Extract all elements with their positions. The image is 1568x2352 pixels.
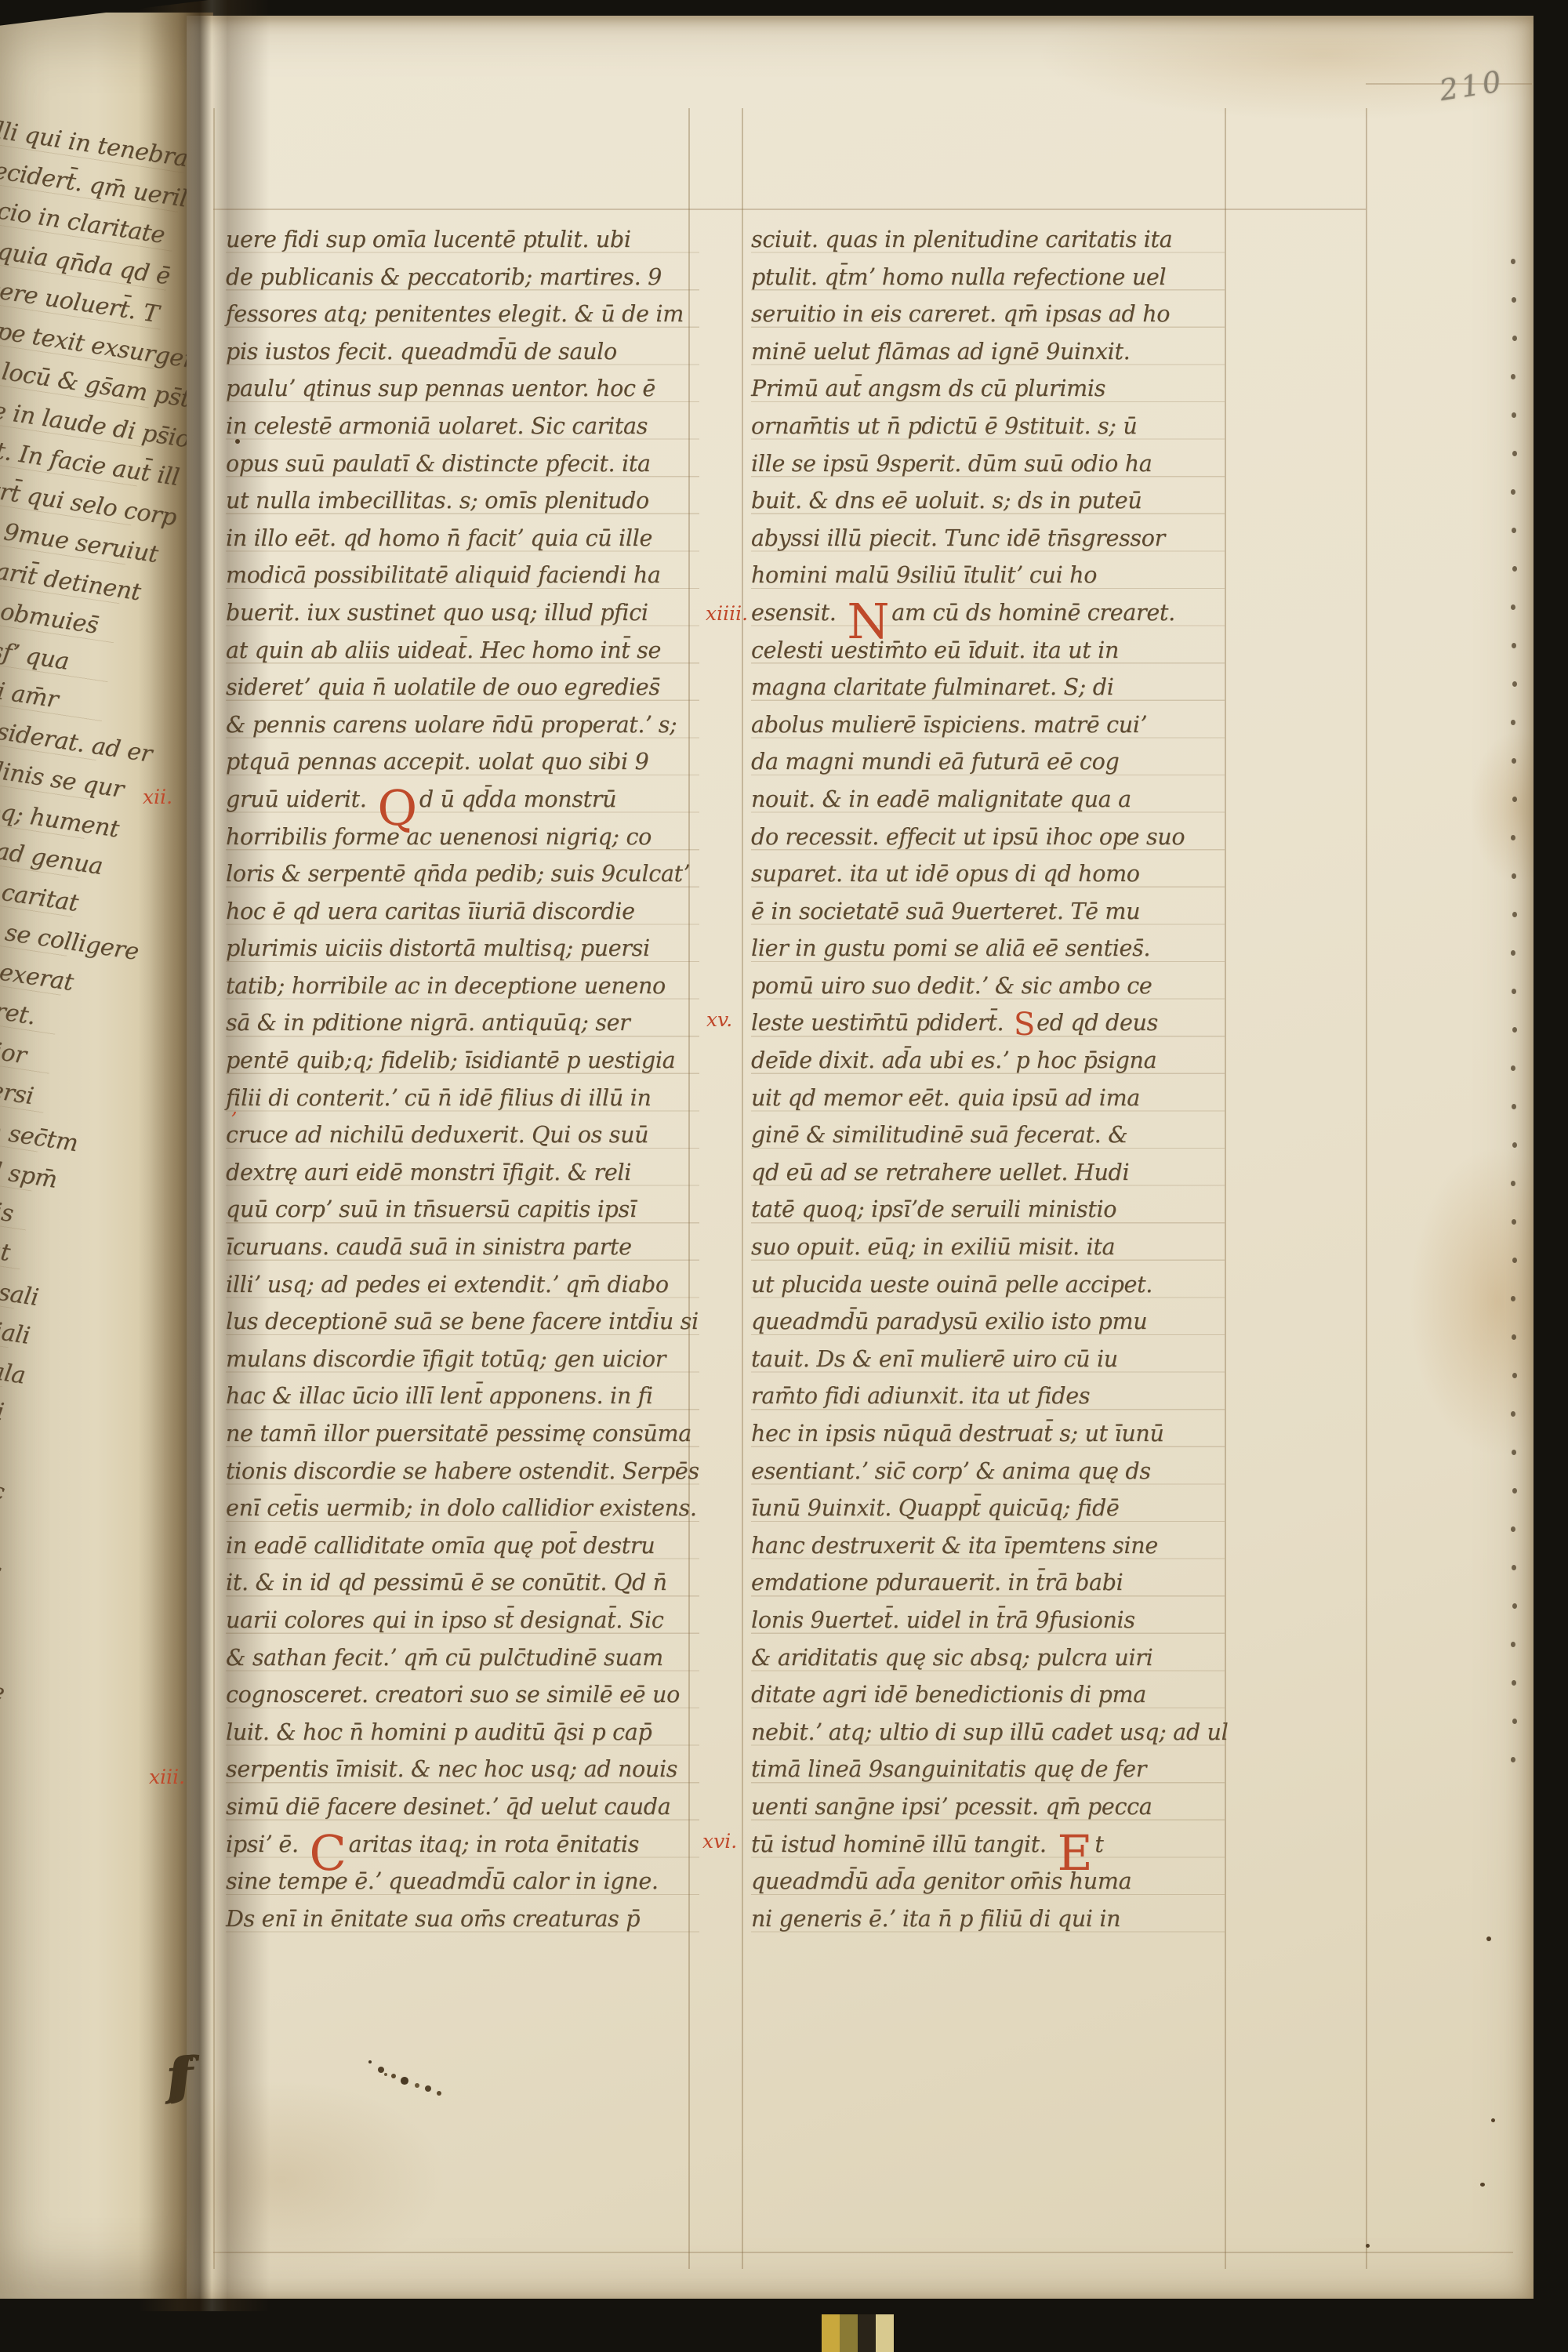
chapter-number-marginal: ,: [231, 1096, 238, 1119]
manuscript-line: da magni mundi eā futurā eē cog: [751, 743, 1225, 781]
pricking-hole: [1511, 1526, 1515, 1532]
manuscript-line: pis iustos fecit. queadmd̄ū de saulo: [226, 333, 699, 371]
manuscript-line: pomū uiro suo dedit.ʼ & sic ambo ce: [751, 967, 1225, 1005]
pricking-hole: [1512, 1565, 1516, 1570]
chapter-number-marginal: xiiii.: [706, 602, 748, 625]
manuscript-line: fessores atq; penitentes elegit. & ū de …: [226, 296, 699, 333]
manuscript-line: ram̄to fidi adiunxit. ita ut fides: [751, 1377, 1225, 1415]
manuscript-line: loris & serpentē qn̄da pedib; suis 9culc…: [226, 855, 699, 893]
manuscript-line: gruū uiderit. Qd ū qd̄da monstrū: [226, 781, 699, 818]
manuscript-line: hac & illac ūcio illī lent̄ apponens. in…: [226, 1377, 699, 1415]
pricking-hole: [1511, 720, 1515, 725]
pricking-hole: [1512, 566, 1517, 572]
ruling-horizontal-line: [213, 2252, 1513, 2253]
manuscript-line: tatib; horribile ac in deceptione ueneno: [226, 967, 699, 1005]
manuscript-line: queadmd̄ū ad̄a genitor om̄is huma: [751, 1863, 1225, 1900]
manuscript-line: cruce ad nichilū deduxerit. Qui os suū: [226, 1116, 699, 1154]
pricking-hole: [1512, 758, 1516, 764]
pricking-hole: [1512, 1142, 1517, 1148]
pricking-hole: [1512, 1719, 1517, 1724]
ruling-vertical-line: [742, 108, 743, 2269]
pricking-hole: [1512, 451, 1517, 456]
pricking-hole: [1512, 297, 1516, 303]
manuscript-line: ornam̄tis ut n̄ pdictū ē 9stituit. s; ū: [751, 408, 1225, 445]
pricking-hole: [1512, 1104, 1516, 1109]
manuscript-line: ut nulla imbecillitas. s; omīs plenitudo: [226, 482, 699, 520]
manuscript-line: queadmd̄ū paradysū exilio isto pmu: [751, 1303, 1225, 1341]
chapter-number-marginal: xii.: [143, 786, 172, 808]
manuscript-line: lus deceptionē suā se bene facere intd̄i…: [226, 1303, 699, 1341]
ruling-horizontal-line: [213, 209, 1366, 210]
text-column-right: sciuit. quas in plenitudine caritatis it…: [751, 221, 1225, 1937]
manuscript-line: quū corpʼ suū in tn̄suersū capitis ipsī: [226, 1191, 699, 1229]
manuscript-line: abolus mulierē īspiciens. matrē cuiʼ: [751, 706, 1225, 744]
pricking-hole: [1511, 1642, 1515, 1647]
pricking-hole: [1511, 1065, 1515, 1071]
manuscript-line: tauit. Ds & enī mulierē uiro cū iu: [751, 1341, 1225, 1378]
color-tab-swatch: [822, 2314, 840, 2352]
manuscript-line: abyssi illū piecit. Tunc idē tn̄sgressor: [751, 520, 1225, 557]
pricking-hole: [1512, 1219, 1516, 1225]
manuscript-line: mulans discordie īfigit totūq; gen uicio…: [226, 1341, 699, 1378]
manuscript-line: leste uestim̄tū pdidert̄. Sed qd deus: [751, 1004, 1225, 1042]
pricking-hole: [1512, 1334, 1516, 1340]
facing-page-edge: uā illi qui in tenebrasce cecidert̄. qm̄…: [0, 13, 213, 2299]
pricking-hole: [1512, 873, 1516, 879]
manuscript-line: deīde dixit. ad̄a ubi es.ʼ p hoc p̄signa: [751, 1042, 1225, 1080]
ruling-vertical-line: [213, 108, 215, 2269]
color-tab-swatch: [876, 2314, 894, 2352]
parchment-speck: [1480, 2183, 1485, 2187]
manuscript-line: simū diē facere desinet.ʼ q̄d uelut caud…: [226, 1788, 699, 1826]
manuscript-line: emdatione pdurauerit. in t̄rā babi: [751, 1564, 1225, 1602]
color-tab-swatch: [840, 2314, 858, 2352]
pricking-hole: [1512, 1603, 1517, 1609]
manuscript-line: celesti uestim̄to eū īduit. ita ut in: [751, 632, 1225, 670]
manuscript-line: nebit.ʼ atq; ultio di sup illū cadet usq…: [751, 1714, 1225, 1751]
manuscript-line: & ariditatis quę sic absq; pulcra uiri: [751, 1639, 1225, 1677]
manuscript-line: magna claritate fulminaret. S; di: [751, 669, 1225, 706]
manuscript-line: ē in societatē suā 9uerteret. Tē mu: [751, 893, 1225, 931]
manuscript-line: tū istud hominē illū tangit. Et: [751, 1826, 1225, 1864]
manuscript-line: uit qd memor eēt. quia ipsū ad ima: [751, 1080, 1225, 1117]
pricking-hole: [1512, 681, 1517, 687]
manuscript-line: Ds enī in ēnitate sua om̄s creaturas p̄: [226, 1900, 699, 1938]
manuscript-line: sciuit. quas in plenitudine caritatis it…: [751, 221, 1225, 259]
facing-page-text: uā illi qui in tenebrasce cecidert̄. qm̄…: [0, 105, 189, 1941]
manuscript-line: tatē quoq; ipsīʼde seruili ministio: [751, 1191, 1225, 1229]
manuscript-line: ni generis ē.ʼ ita n̄ p filiū di qui in: [751, 1900, 1225, 1938]
pricking-hole: [1512, 912, 1517, 917]
pricking-hole: [1512, 336, 1517, 341]
manuscript-line: plurimis uiciis distortā multisq; puersi: [226, 930, 699, 967]
manuscript-line: suo opuit. eūq; in exiliū misit. ita: [751, 1229, 1225, 1266]
manuscript-line: filii di conterit.ʼ cū n̄ idē filius di …: [226, 1080, 699, 1117]
manuscript-line: lonis 9uertet̄. uidel in t̄rā 9fusionis: [751, 1602, 1225, 1639]
manuscript-line: buerit. iux sustinet quo usq; illud pfic…: [226, 594, 699, 632]
manuscript-line: īunū 9uinxit. Quappt̄ quicūq; fidē: [751, 1490, 1225, 1527]
pricking-hole: [1511, 374, 1515, 379]
manuscript-line: uenti sanḡne ipsiʼ pcessit. qm̄ pecca: [751, 1788, 1225, 1826]
manuscript-line: minē uelut flāmas ad ignē 9uinxit.: [751, 333, 1225, 371]
manuscript-line: hec in ipsis nūquā destruat̄ s; ut īunū: [751, 1415, 1225, 1453]
pricking-hole: [1512, 643, 1516, 648]
text-column-left: uere fidi sup omīa lucentē ptulit. ubide…: [226, 221, 699, 1937]
pricking-hole: [1512, 989, 1516, 994]
manuscript-line: sā & in pditione nigrā. antiquūq; ser: [226, 1004, 699, 1042]
chapter-number-marginal: xv.: [706, 1008, 732, 1031]
manuscript-line: ut plucida ueste ouinā pelle accipet.: [751, 1266, 1225, 1304]
chapter-number-marginal: xiii.: [149, 1766, 185, 1788]
manuscript-line: in celestē armoniā uolaret. Sic caritas: [226, 408, 699, 445]
ink-smudge: [368, 2060, 372, 2063]
pricking-hole: [1511, 835, 1515, 840]
manuscript-line: ditate agri idē benedictionis di pma: [751, 1676, 1225, 1714]
ruling-vertical-line: [1366, 108, 1367, 2269]
manuscript-line: buit. & dns eē uoluit. s; ds in puteū: [751, 482, 1225, 520]
manuscript-line: esensit. Nam cū ds hominē crearet.: [751, 594, 1225, 632]
manuscript-line: ptulit. qt̄mʼ homo nulla refectione uel: [751, 259, 1225, 296]
manuscript-line: & pennis carens uolare n̄dū properat.ʼ s…: [226, 706, 699, 744]
manuscript-line: timā lineā 9sanguinitatis quę de fer: [751, 1751, 1225, 1788]
manuscript-line: modicā possibilitatē aliquid faciendi ha: [226, 557, 699, 594]
manuscript-line: ginē & similitudinē suā fecerat. &: [751, 1116, 1225, 1154]
pricking-hole: [1511, 604, 1515, 610]
pricking-hole: [1511, 950, 1515, 956]
manuscript-line: serpentis īmisit. & nec hoc usq; ad noui…: [226, 1751, 699, 1788]
manuscript-line: cognosceret. creatori suo se similē eē u…: [226, 1676, 699, 1714]
manuscript-line: it. & in id qd pessimū ē se conūtit. Qd …: [226, 1564, 699, 1602]
manuscript-line: ptquā pennas accepit. uolat quo sibi 9: [226, 743, 699, 781]
manuscript-line: qd eū ad se retrahere uellet. Hudi: [751, 1154, 1225, 1192]
manuscript-line: luit. & hoc n̄ homini p auditū q̄si p ca…: [226, 1714, 699, 1751]
manuscript-line: Primū aut̄ angsm ds cū plurimis: [751, 370, 1225, 408]
manuscript-line: uarii colores qui in ipso st̄ designat̄.…: [226, 1602, 699, 1639]
manuscript-line: lier in gustu pomi se aliā eē senties̄.: [751, 930, 1225, 967]
manuscript-line: īcuruans. caudā suā in sinistra parte: [226, 1229, 699, 1266]
manuscript-line: suparet. ita ut idē opus di qd homo: [751, 855, 1225, 893]
manuscript-line: hanc destruxerit & ita īpemtens sine: [751, 1527, 1225, 1565]
manuscript-line: sine tempe ē.ʼ queadmd̄ū calor in igne.: [226, 1863, 699, 1900]
manuscript-line: sideretʼ quia n̄ uolatile de ouo egredie…: [226, 669, 699, 706]
parchment-speck: [1491, 2118, 1495, 2122]
pricking-hole: [1511, 1411, 1515, 1417]
pricking-hole: [1512, 1450, 1516, 1455]
color-tab-swatch: [858, 2314, 876, 2352]
manuscript-line: pentē quib;q; fidelib; īsidiantē p uesti…: [226, 1042, 699, 1080]
manuscript-line: esentiant.ʼ sic̄ corpʼ & anima quę ds: [751, 1453, 1225, 1490]
manuscript-line: do recessit. effecit ut ipsū ihoc ope su…: [751, 818, 1225, 856]
manuscript-line: in eadē calliditate omīa quę pot̄ destru: [226, 1527, 699, 1565]
color-calibration-tab: [822, 2314, 894, 2352]
pricking-hole: [1512, 1488, 1517, 1494]
manuscript-line: pauluʼ qtinus sup pennas uentor. hoc ē: [226, 370, 699, 408]
chapter-number-marginal: xvi.: [702, 1830, 737, 1853]
manuscript-line: seruitio in eis careret. qm̄ ipsas ad ho: [751, 296, 1225, 333]
manuscript-line: de publicanis & peccatorib; martires. 9: [226, 259, 699, 296]
manuscript-line: opus suū paulatī & distincte pfecit. ita: [226, 445, 699, 483]
manuscript-line: horribilis forme ac uenenosi nigriq; co: [226, 818, 699, 856]
parchment-speck: [1486, 1936, 1491, 1941]
ruling-vertical-line: [1225, 108, 1226, 2269]
pricking-hole: [1511, 489, 1515, 495]
pricking-hole: [1512, 797, 1517, 802]
manuscript-line: ille se ipsū 9sperit. dūm suū odio ha: [751, 445, 1225, 483]
pricking-hole: [1512, 1680, 1516, 1686]
manuscript-line: ipsiʼ ē. Caritas itaq; in rota ēnitatis: [226, 1826, 699, 1864]
manuscript-line: at quin ab aliis uideat̄. Hec homo int̄ …: [226, 632, 699, 670]
manuscript-line: in illo eēt. qd homo n̄ facitʼ quia cū i…: [226, 520, 699, 557]
pricking-hole: [1512, 1027, 1517, 1033]
pricking-hole: [1512, 412, 1516, 418]
pricking-hole: [1511, 1757, 1515, 1762]
manuscript-line: uere fidi sup omīa lucentē ptulit. ubi: [226, 221, 699, 259]
parchment-speck: [1366, 2244, 1370, 2248]
pricking-hole: [1512, 1258, 1517, 1263]
manuscript-line: enī cet̄is uermib; in dolo callidior exi…: [226, 1490, 699, 1527]
manuscript-line: tionis discordie se habere ostendit. Ser…: [226, 1453, 699, 1490]
parchment-speck: [235, 439, 240, 444]
pricking-hole: [1511, 1296, 1515, 1301]
ruling-vertical-line: [688, 108, 690, 2269]
manuscript-line: nouit. & in eadē malignitate qua a: [751, 781, 1225, 818]
manuscript-line: ne tamn̄ illor puersitatē pessimę consūm…: [226, 1415, 699, 1453]
manuscript-line: dextrę auri eidē monstri īfigit. & reli: [226, 1154, 699, 1192]
manuscript-photo: uā illi qui in tenebrasce cecidert̄. qm̄…: [0, 0, 1568, 2352]
pricking-hole: [1511, 259, 1515, 264]
manuscript-line: illiʼ usq; ad pedes ei extendit.ʼ qm̄ di…: [226, 1266, 699, 1304]
pricking-hole: [1512, 1373, 1517, 1378]
pricking-hole: [1511, 1181, 1515, 1186]
manuscript-line: hoc ē qd uera caritas īiuriā discordie: [226, 893, 699, 931]
manuscript-line: homini malū 9siliū ītulitʼ cui ho: [751, 557, 1225, 594]
manuscript-line: & sathan fecit.ʼ qm̄ cū pulc̄tudinē suam: [226, 1639, 699, 1677]
pricking-hole: [1512, 528, 1516, 533]
